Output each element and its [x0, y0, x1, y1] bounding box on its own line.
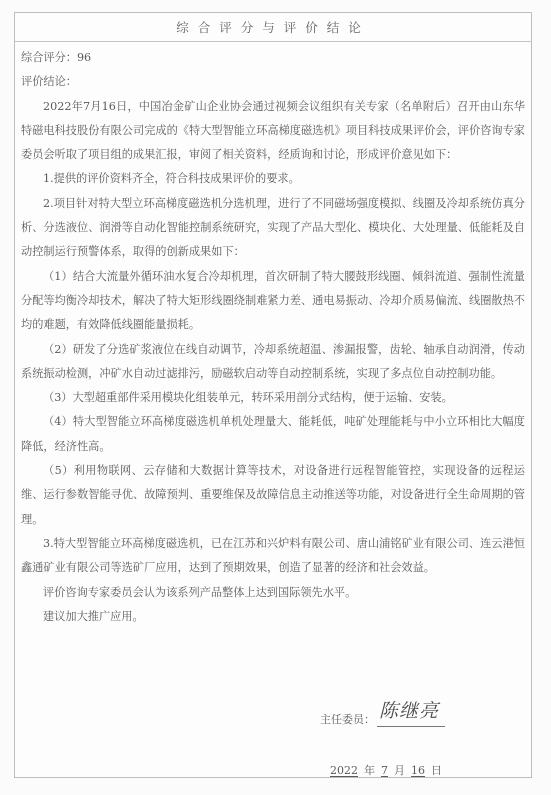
- paragraph-2-2: （2）研发了分选矿浆液位在线自动调节，冷却系统超温、渗漏报警，齿轮、轴承自动润滑…: [21, 338, 525, 387]
- overall-score: 综合评分：96: [21, 46, 525, 70]
- paragraph-2-1: （1）结合大流量外循环油水复合冷却机理，首次研制了特大腰鼓形线圈、倾斜流道、强制…: [21, 265, 525, 338]
- signature-block: 主任委员： 陈继亮: [320, 700, 445, 727]
- date-year-unit: 年: [364, 764, 375, 777]
- chair-label: 主任委员：: [320, 711, 375, 727]
- sheet-title: 综合评分与评价结论: [15, 13, 531, 42]
- paragraph-2: 2.项目针对特大型立环高梯度磁选机分选机理，进行了不同磁场强度模拟、线圈及冷却系…: [21, 192, 525, 265]
- signature-line: 陈继亮: [377, 700, 445, 727]
- paragraph-1: 1.提供的评价资料齐全，符合科技成果评价的要求。: [21, 167, 525, 191]
- evaluation-sheet: 综合评分与评价结论 综合评分：96 评价结论： 2022年7月16日，中国冶金矿…: [14, 12, 532, 778]
- paragraph-2-5: （5）利用物联网、云存储和大数据计算等技术，对设备进行远程智能管控，实现设备的远…: [21, 459, 525, 532]
- conclusion-heading: 评价结论：: [21, 70, 525, 94]
- sheet-content: 综合评分：96 评价结论： 2022年7月16日，中国冶金矿山企业协会通过视频会…: [15, 42, 531, 629]
- date-day-unit: 日: [431, 764, 442, 777]
- paragraph-5: 建议加大推广应用。: [21, 605, 525, 629]
- paragraph-4: 评价咨询专家委员会认为该系列产品整体上达到国际领先水平。: [21, 581, 525, 605]
- date-day: 16: [411, 764, 425, 777]
- date-month-unit: 月: [394, 764, 405, 777]
- paragraph-2-3: （3）大型超重部件采用模块化组装单元，转环采用剖分式结构，便于运输、安装。: [21, 386, 525, 410]
- intro-paragraph: 2022年7月16日，中国冶金矿山企业协会通过视频会议组织有关专家（名单附后）召…: [21, 95, 525, 168]
- date-year: 2022: [330, 764, 358, 777]
- sign-date: 2022年7月16日: [330, 762, 442, 778]
- paragraph-3: 3.特大型智能立环高梯度磁选机，已在江苏和兴炉料有限公司、唐山浦铭矿业有限公司、…: [21, 532, 525, 581]
- handwritten-signature: 陈继亮: [379, 696, 439, 723]
- paragraph-2-4: （4）特大型智能立环高梯度磁选机单机处理量大、能耗低，吨矿处理能耗与中小立环相比…: [21, 410, 525, 459]
- date-month: 7: [381, 764, 388, 777]
